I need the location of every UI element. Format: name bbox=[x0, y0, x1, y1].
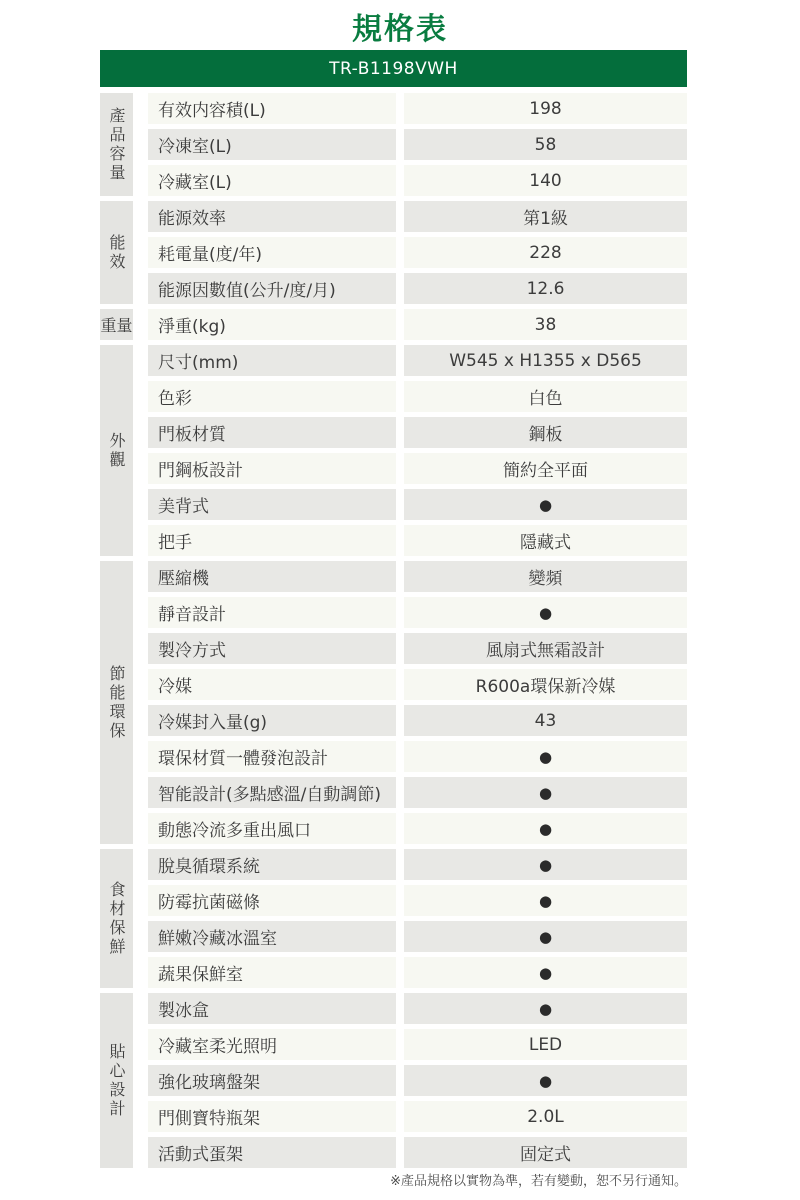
spec-section: 能效能源效率第1級耗電量(度/年)228能源因數值(公升/度/月)12.6 bbox=[100, 201, 687, 309]
spec-value: 簡約全平面 bbox=[404, 453, 687, 484]
spec-name: 智能設計(多點感溫/自動調節) bbox=[148, 777, 396, 808]
spec-value-bullet: ● bbox=[404, 849, 687, 880]
spec-row: 有效内容積(L)198 bbox=[148, 93, 687, 124]
spec-row: 靜音設計● bbox=[148, 597, 687, 628]
spec-value: 變頻 bbox=[404, 561, 687, 592]
spec-section: 食材保鮮脫臭循環系統●防霉抗菌磁條●鮮嫩冷藏冰溫室●蔬果保鮮室● bbox=[100, 849, 687, 993]
spec-name: 耗電量(度/年) bbox=[148, 237, 396, 268]
spec-name: 冷藏室(L) bbox=[148, 165, 396, 196]
category-label: 食材保鮮 bbox=[100, 849, 133, 988]
spec-table: 產品容量有效内容積(L)198冷凍室(L)58冷藏室(L)140能效能源效率第1… bbox=[100, 93, 687, 1173]
spec-row: 把手隱藏式 bbox=[148, 525, 687, 556]
spec-value: 白色 bbox=[404, 381, 687, 412]
spec-name: 壓縮機 bbox=[148, 561, 396, 592]
spec-row: 智能設計(多點感溫/自動調節)● bbox=[148, 777, 687, 808]
spec-row: 門側寶特瓶架2.0L bbox=[148, 1101, 687, 1132]
spec-name: 美背式 bbox=[148, 489, 396, 520]
spec-row: 活動式蛋架固定式 bbox=[148, 1137, 687, 1168]
spec-row: 蔬果保鮮室● bbox=[148, 957, 687, 988]
spec-name: 能源效率 bbox=[148, 201, 396, 232]
spec-name: 動態冷流多重出風口 bbox=[148, 813, 396, 844]
spec-value-bullet: ● bbox=[404, 597, 687, 628]
spec-row: 冷媒封入量(g)43 bbox=[148, 705, 687, 736]
spec-value-bullet: ● bbox=[404, 813, 687, 844]
category-column: 貼心設計 bbox=[100, 993, 133, 1173]
spec-name: 活動式蛋架 bbox=[148, 1137, 396, 1168]
spec-row: 防霉抗菌磁條● bbox=[148, 885, 687, 916]
spec-row: 能源因數值(公升/度/月)12.6 bbox=[148, 273, 687, 304]
spec-value: 198 bbox=[404, 93, 687, 124]
spec-name: 門側寶特瓶架 bbox=[148, 1101, 396, 1132]
spec-name: 尺寸(mm) bbox=[148, 345, 396, 376]
spec-value: R600a環保新冷媒 bbox=[404, 669, 687, 700]
spec-value: W545 x H1355 x D565 bbox=[404, 345, 687, 376]
disclaimer-note: ※產品規格以實物為準，若有變動，恕不另行通知。 bbox=[100, 1170, 687, 1189]
spec-value-bullet: ● bbox=[404, 777, 687, 808]
spec-section: 外觀尺寸(mm)W545 x H1355 x D565色彩白色門板材質鋼板門鋼板… bbox=[100, 345, 687, 561]
spec-name: 冷媒 bbox=[148, 669, 396, 700]
spec-value-bullet: ● bbox=[404, 1065, 687, 1096]
spec-name: 冷媒封入量(g) bbox=[148, 705, 396, 736]
spec-name: 靜音設計 bbox=[148, 597, 396, 628]
spec-row: 色彩白色 bbox=[148, 381, 687, 412]
spec-value: 43 bbox=[404, 705, 687, 736]
spec-value: 140 bbox=[404, 165, 687, 196]
spec-row: 冷凍室(L)58 bbox=[148, 129, 687, 160]
spec-value-bullet: ● bbox=[404, 957, 687, 988]
spec-row: 製冷方式風扇式無霜設計 bbox=[148, 633, 687, 664]
spec-name: 色彩 bbox=[148, 381, 396, 412]
spec-row: 製冰盒● bbox=[148, 993, 687, 1024]
category-label: 重量 bbox=[100, 309, 133, 340]
category-column: 外觀 bbox=[100, 345, 133, 561]
spec-row: 環保材質一體發泡設計● bbox=[148, 741, 687, 772]
spec-name: 脫臭循環系統 bbox=[148, 849, 396, 880]
category-label: 產品容量 bbox=[100, 93, 133, 196]
spec-value: 風扇式無霜設計 bbox=[404, 633, 687, 664]
spec-name: 環保材質一體發泡設計 bbox=[148, 741, 396, 772]
spec-section: 節能環保壓縮機變頻靜音設計●製冷方式風扇式無霜設計冷媒R600a環保新冷媒冷媒封… bbox=[100, 561, 687, 849]
spec-row: 強化玻璃盤架● bbox=[148, 1065, 687, 1096]
category-column: 重量 bbox=[100, 309, 133, 345]
category-column: 能效 bbox=[100, 201, 133, 309]
spec-value-bullet: ● bbox=[404, 489, 687, 520]
spec-row: 動態冷流多重出風口● bbox=[148, 813, 687, 844]
spec-row: 耗電量(度/年)228 bbox=[148, 237, 687, 268]
spec-name: 防霉抗菌磁條 bbox=[148, 885, 396, 916]
model-header: TR-B1198VWH bbox=[100, 50, 687, 87]
spec-value: 隱藏式 bbox=[404, 525, 687, 556]
spec-row: 尺寸(mm)W545 x H1355 x D565 bbox=[148, 345, 687, 376]
spec-row: 冷藏室柔光照明LED bbox=[148, 1029, 687, 1060]
spec-name: 把手 bbox=[148, 525, 396, 556]
spec-value: 38 bbox=[404, 309, 687, 340]
category-column: 節能環保 bbox=[100, 561, 133, 849]
spec-sheet-page: 規格表 TR-B1198VWH 產品容量有效内容積(L)198冷凍室(L)58冷… bbox=[0, 0, 800, 1200]
spec-name: 製冰盒 bbox=[148, 993, 396, 1024]
spec-name: 門鋼板設計 bbox=[148, 453, 396, 484]
spec-section: 重量淨重(kg)38 bbox=[100, 309, 687, 345]
spec-value-bullet: ● bbox=[404, 993, 687, 1024]
spec-name: 鮮嫩冷藏冰溫室 bbox=[148, 921, 396, 952]
page-title: 規格表 bbox=[0, 4, 800, 48]
spec-row: 門鋼板設計簡約全平面 bbox=[148, 453, 687, 484]
spec-row: 能源效率第1級 bbox=[148, 201, 687, 232]
spec-name: 門板材質 bbox=[148, 417, 396, 448]
spec-value-bullet: ● bbox=[404, 921, 687, 952]
spec-name: 有效内容積(L) bbox=[148, 93, 396, 124]
spec-row: 淨重(kg)38 bbox=[148, 309, 687, 340]
spec-value: 58 bbox=[404, 129, 687, 160]
spec-name: 蔬果保鮮室 bbox=[148, 957, 396, 988]
spec-value-bullet: ● bbox=[404, 741, 687, 772]
spec-row: 美背式● bbox=[148, 489, 687, 520]
spec-row: 門板材質鋼板 bbox=[148, 417, 687, 448]
spec-value: 12.6 bbox=[404, 273, 687, 304]
spec-name: 冷藏室柔光照明 bbox=[148, 1029, 396, 1060]
spec-row: 鮮嫩冷藏冰溫室● bbox=[148, 921, 687, 952]
category-column: 產品容量 bbox=[100, 93, 133, 201]
spec-value: 228 bbox=[404, 237, 687, 268]
spec-value-bullet: ● bbox=[404, 885, 687, 916]
spec-value: LED bbox=[404, 1029, 687, 1060]
spec-value: 鋼板 bbox=[404, 417, 687, 448]
category-label: 能效 bbox=[100, 201, 133, 304]
category-label: 貼心設計 bbox=[100, 993, 133, 1168]
spec-row: 冷媒R600a環保新冷媒 bbox=[148, 669, 687, 700]
spec-value: 固定式 bbox=[404, 1137, 687, 1168]
spec-value: 第1級 bbox=[404, 201, 687, 232]
spec-name: 製冷方式 bbox=[148, 633, 396, 664]
category-label: 節能環保 bbox=[100, 561, 133, 844]
spec-section: 貼心設計製冰盒●冷藏室柔光照明LED強化玻璃盤架●門側寶特瓶架2.0L活動式蛋架… bbox=[100, 993, 687, 1173]
category-label: 外觀 bbox=[100, 345, 133, 556]
spec-row: 壓縮機變頻 bbox=[148, 561, 687, 592]
spec-row: 冷藏室(L)140 bbox=[148, 165, 687, 196]
spec-name: 能源因數值(公升/度/月) bbox=[148, 273, 396, 304]
spec-name: 淨重(kg) bbox=[148, 309, 396, 340]
spec-value: 2.0L bbox=[404, 1101, 687, 1132]
spec-name: 冷凍室(L) bbox=[148, 129, 396, 160]
category-column: 食材保鮮 bbox=[100, 849, 133, 993]
spec-name: 強化玻璃盤架 bbox=[148, 1065, 396, 1096]
spec-section: 產品容量有效内容積(L)198冷凍室(L)58冷藏室(L)140 bbox=[100, 93, 687, 201]
spec-row: 脫臭循環系統● bbox=[148, 849, 687, 880]
